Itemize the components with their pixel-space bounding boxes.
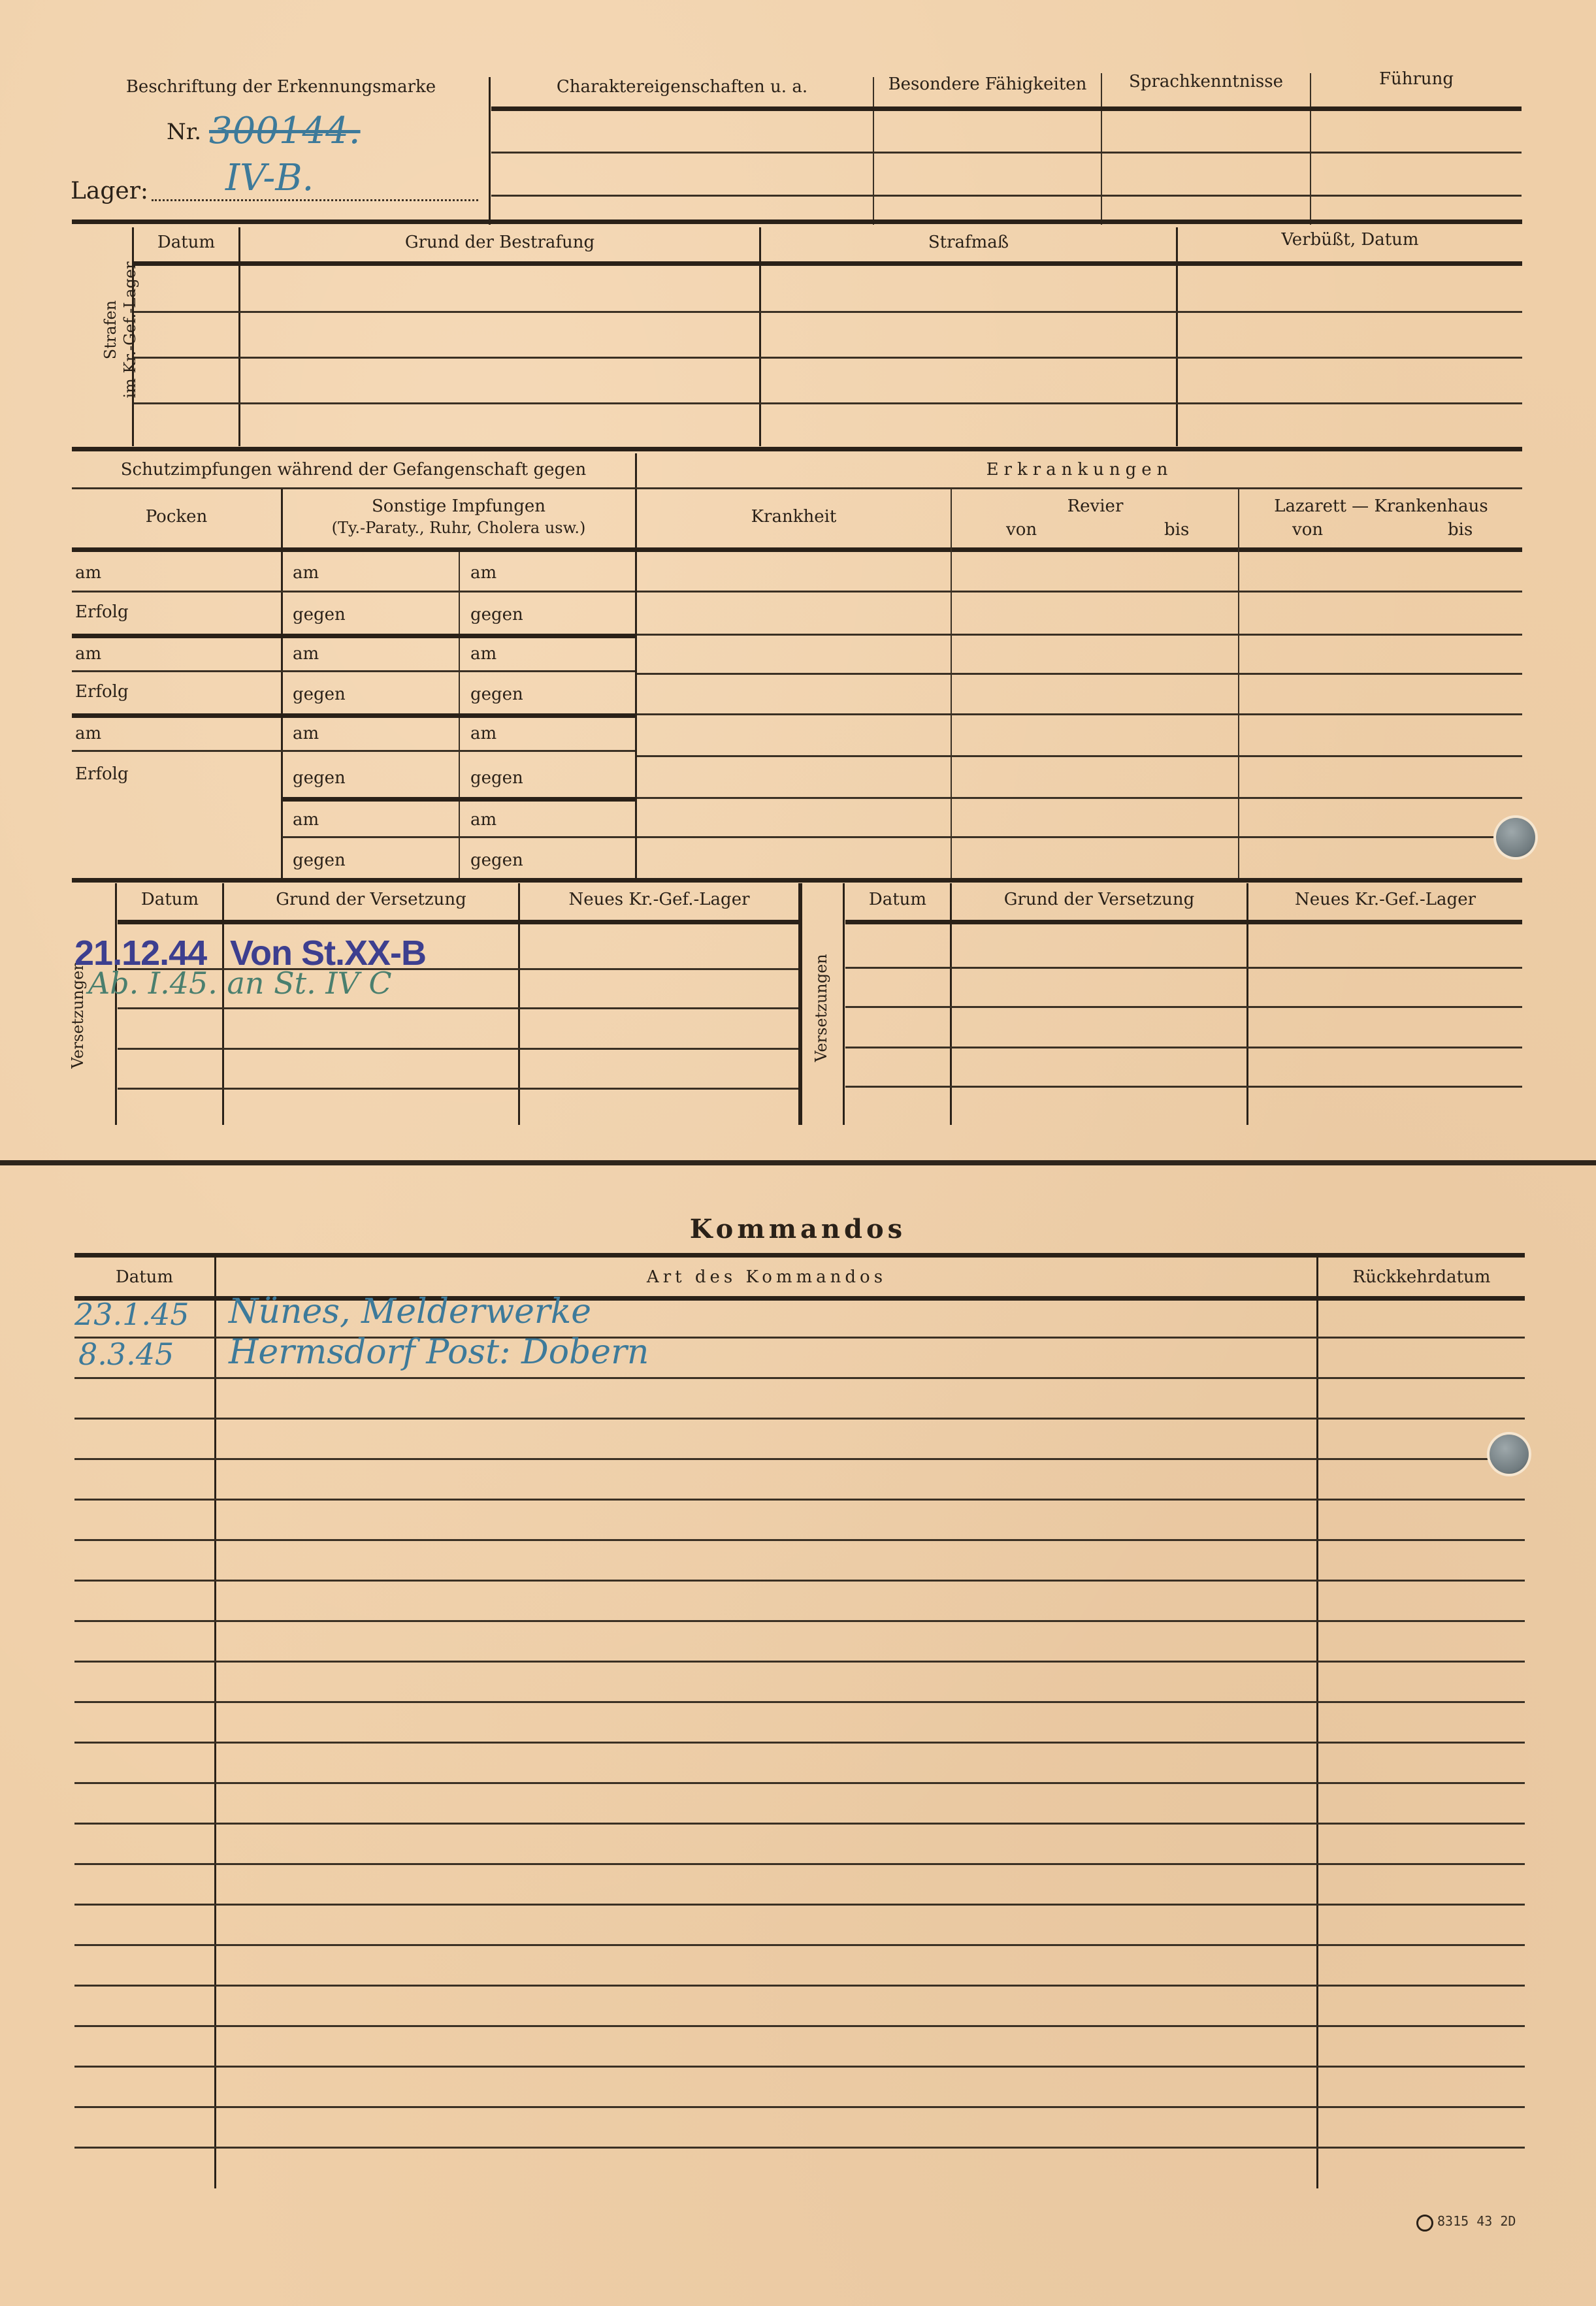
vacc-cell: gegen [470, 685, 523, 704]
vacc-cell: gegen [470, 768, 523, 788]
vacc-cell: Erfolg [75, 682, 129, 702]
vacc-cell: am [293, 644, 319, 664]
erkrankungen-title: Erkrankungen [637, 460, 1522, 479]
vers-l-col-grund: Grund der Versetzung [224, 890, 518, 909]
vacc-cell: am [470, 724, 497, 743]
kommando-datum: 23.1.45 [74, 1297, 189, 1332]
vacc-cell: gegen [293, 851, 346, 870]
vers-r-col-datum: Datum [845, 890, 950, 909]
transfer-handwritten: Ab. I.45. an St. IV C [88, 966, 392, 1001]
strafen-col-strafmass: Strafmaß [761, 233, 1176, 252]
vacc-cell: am [470, 810, 497, 830]
col-charaktereigenschaften: Charaktereigenschaften u. a. [491, 77, 873, 97]
strafen-side-label-2: im Kr.-Gef.-Lager [121, 238, 140, 421]
ruled-line [74, 1377, 1525, 1379]
printer-mark-icon [1416, 2215, 1433, 2232]
vacc-cell: am [470, 563, 497, 583]
ruled-line [74, 1620, 1525, 1622]
vacc-cell: am [293, 563, 319, 583]
strafen-side-label-1: Strafen [101, 238, 121, 421]
ruled-line [74, 1742, 1525, 1744]
lazarett-von: von [1292, 520, 1323, 540]
strafen-col-datum: Datum [134, 233, 238, 252]
ruled-line [74, 1499, 1525, 1501]
ruled-line [74, 2106, 1525, 2108]
ruled-line [74, 1904, 1525, 1906]
vacc-cell: am [293, 810, 319, 830]
ruled-line [74, 1823, 1525, 1825]
kommandos-col-rueckkehr: Rückkehrdatum [1318, 1267, 1525, 1287]
ruled-line [74, 1539, 1525, 1541]
lager-value: IV-B. [225, 157, 314, 199]
fold-line [0, 1160, 1596, 1165]
vacc-cell: am [75, 644, 101, 664]
vacc-cell: am [75, 724, 101, 743]
ruled-line [74, 1458, 1525, 1460]
vacc-cell: gegen [293, 605, 346, 625]
vacc-cell: am [75, 563, 101, 583]
ruled-line [74, 1944, 1525, 1946]
kommandos-col-datum: Datum [74, 1267, 214, 1287]
kommando-art: Nünes, Melderwerke [229, 1292, 591, 1331]
kommando-datum: 8.3.45 [78, 1337, 174, 1372]
ruled-line [74, 2066, 1525, 2068]
versetzungen-right-side-label: Versetzungen [812, 930, 832, 1086]
ruled-line [74, 2025, 1525, 2027]
punch-hole [1490, 1435, 1529, 1474]
ruled-line [74, 2147, 1525, 2149]
strafen-col-grund: Grund der Bestrafung [240, 233, 759, 252]
kommando-art: Hermsdorf Post: Dobern [229, 1333, 649, 1372]
col-pocken: Pocken [72, 507, 281, 527]
vacc-cell: am [470, 644, 497, 664]
vacc-cell: Erfolg [75, 764, 129, 784]
col-revier: Revier [953, 496, 1238, 516]
ruled-line [74, 1985, 1525, 1987]
col-besondere-faehigkeiten: Besondere Fähigkeiten [874, 74, 1101, 94]
revier-bis: bis [1164, 520, 1189, 540]
lager-dotted-line [152, 199, 478, 201]
col-fuehrung: Führung [1311, 69, 1522, 89]
tag-label: Beschriftung der Erkennungsmarke [111, 77, 451, 97]
ruled-line [74, 1863, 1525, 1865]
vers-l-col-datum: Datum [118, 890, 222, 909]
tag-number: 300144. [209, 110, 361, 152]
impfungen-title: Schutzimpfungen während der Gefangenscha… [72, 460, 635, 479]
ruled-line [74, 1701, 1525, 1703]
vers-r-col-lager: Neues Kr.-Gef.-Lager [1248, 890, 1522, 909]
vacc-cell: gegen [470, 605, 523, 625]
col-sprachkenntnisse: Sprachkenntnisse [1102, 72, 1310, 91]
col-sonstige: Sonstige Impfungen [282, 496, 635, 516]
printer-mark-text: 8315 43 2D [1437, 2213, 1516, 2229]
ruled-line [74, 1580, 1525, 1582]
lager-label: Lager: [71, 178, 148, 204]
punch-hole [1496, 818, 1535, 857]
vacc-cell: gegen [293, 685, 346, 704]
nr-label: Nr. [167, 119, 201, 145]
ruled-line [74, 1782, 1525, 1784]
kommandos-title: Kommandos [0, 1214, 1596, 1244]
col-krankheit: Krankheit [637, 507, 951, 527]
revier-von: von [1006, 520, 1037, 540]
vacc-cell: gegen [293, 768, 346, 788]
vers-l-col-lager: Neues Kr.-Gef.-Lager [520, 890, 798, 909]
ruled-line [74, 1661, 1525, 1663]
col-sonstige-sub: (Ty.-Paraty., Ruhr, Cholera usw.) [282, 519, 635, 537]
strafen-col-verbuesst: Verbüßt, Datum [1178, 230, 1522, 250]
kommandos-col-art: Art des Kommandos [217, 1267, 1316, 1287]
lazarett-bis: bis [1448, 520, 1473, 540]
vacc-cell: Erfolg [75, 602, 129, 622]
ruled-line [74, 1418, 1525, 1420]
vacc-cell: gegen [470, 851, 523, 870]
vers-r-col-grund: Grund der Versetzung [952, 890, 1246, 909]
col-lazarett: Lazarett — Krankenhaus [1240, 496, 1522, 516]
vacc-cell: am [293, 724, 319, 743]
